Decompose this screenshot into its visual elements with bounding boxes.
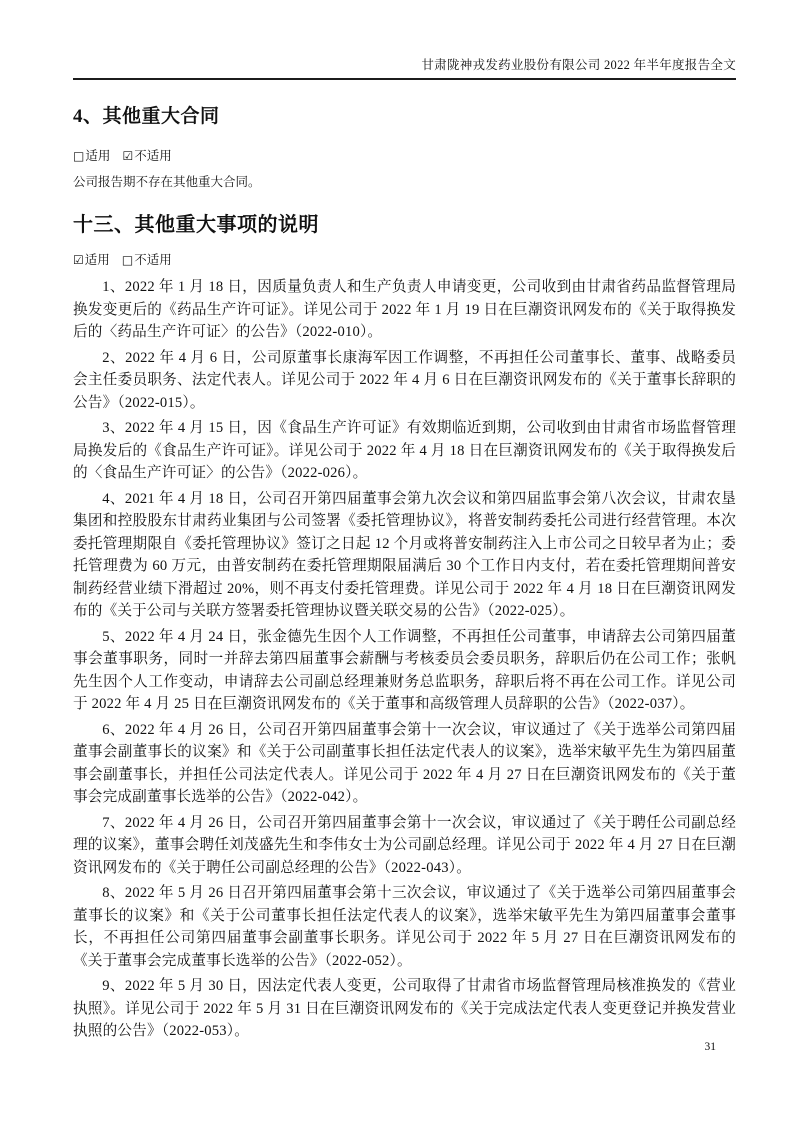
applicable-label: 适用 — [85, 149, 110, 163]
page-content: 4、其他重大合同 □适用 ☑不适用 公司报告期不存在其他重大合同。 十三、其他重… — [73, 101, 736, 1043]
paragraph-item-6: 6、2022 年 4 月 26 日，公司召开第四届董事会第十一次会议，审议通过了… — [73, 719, 736, 809]
checkbox-unchecked-icon: □ — [122, 253, 133, 267]
document-page: 甘肃陇神戎发药业股份有限公司 2022 年半年度报告全文 4、其他重大合同 □适… — [0, 0, 793, 1122]
paragraph-item-7: 7、2022 年 4 月 26 日，公司召开第四届董事会第十一次会议，审议通过了… — [73, 812, 736, 880]
not-applicable-option: □不适用 — [122, 250, 172, 268]
paragraph-item-8: 8、2022 年 5 月 26 日召开第四届董事会第十三次会议，审议通过了《关于… — [73, 882, 736, 972]
paragraph-item-1: 1、2022 年 1 月 18 日，因质量负责人和生产负责人申请变更，公司收到由… — [73, 276, 736, 344]
section-4-heading: 4、其他重大合同 — [73, 101, 736, 128]
paragraph-item-4: 4、2021 年 4 月 18 日，公司召开第四届董事会第九次会议和第四届监事会… — [73, 488, 736, 623]
applicable-option: □适用 — [73, 146, 110, 164]
checkbox-checked-icon: ☑ — [73, 253, 84, 267]
section-4-applicability: □适用 ☑不适用 — [73, 146, 736, 164]
applicable-label: 适用 — [85, 253, 110, 267]
page-number: 31 — [705, 1041, 717, 1053]
not-applicable-label: 不适用 — [134, 253, 172, 267]
paragraph-item-2: 2、2022 年 4 月 6 日，公司原董事长康海军因工作调整，不再担任公司董事… — [73, 347, 736, 415]
section-4-statement: 公司报告期不存在其他重大合同。 — [73, 172, 736, 190]
paragraph-item-5: 5、2022 年 4 月 24 日，张金德先生因个人工作调整，不再担任公司董事，… — [73, 626, 736, 716]
not-applicable-option: ☑不适用 — [122, 146, 171, 164]
paragraph-item-3: 3、2022 年 4 月 15 日，因《食品生产许可证》有效期临近到期，公司收到… — [73, 417, 736, 485]
section-13-applicability: ☑适用 □不适用 — [73, 250, 736, 268]
checkbox-checked-icon: ☑ — [122, 149, 133, 163]
report-title: 甘肃陇神戎发药业股份有限公司 2022 年半年度报告全文 — [421, 58, 736, 72]
paragraph-item-9: 9、2022 年 5 月 30 日，因法定代表人变更，公司取得了甘肃省市场监督管… — [73, 975, 736, 1043]
page-header: 甘肃陇神戎发药业股份有限公司 2022 年半年度报告全文 — [73, 0, 736, 80]
section-13-heading: 十三、其他重大事项的说明 — [73, 208, 736, 237]
not-applicable-label: 不适用 — [134, 149, 172, 163]
applicable-option: ☑适用 — [73, 250, 110, 268]
checkbox-unchecked-icon: □ — [73, 149, 84, 163]
